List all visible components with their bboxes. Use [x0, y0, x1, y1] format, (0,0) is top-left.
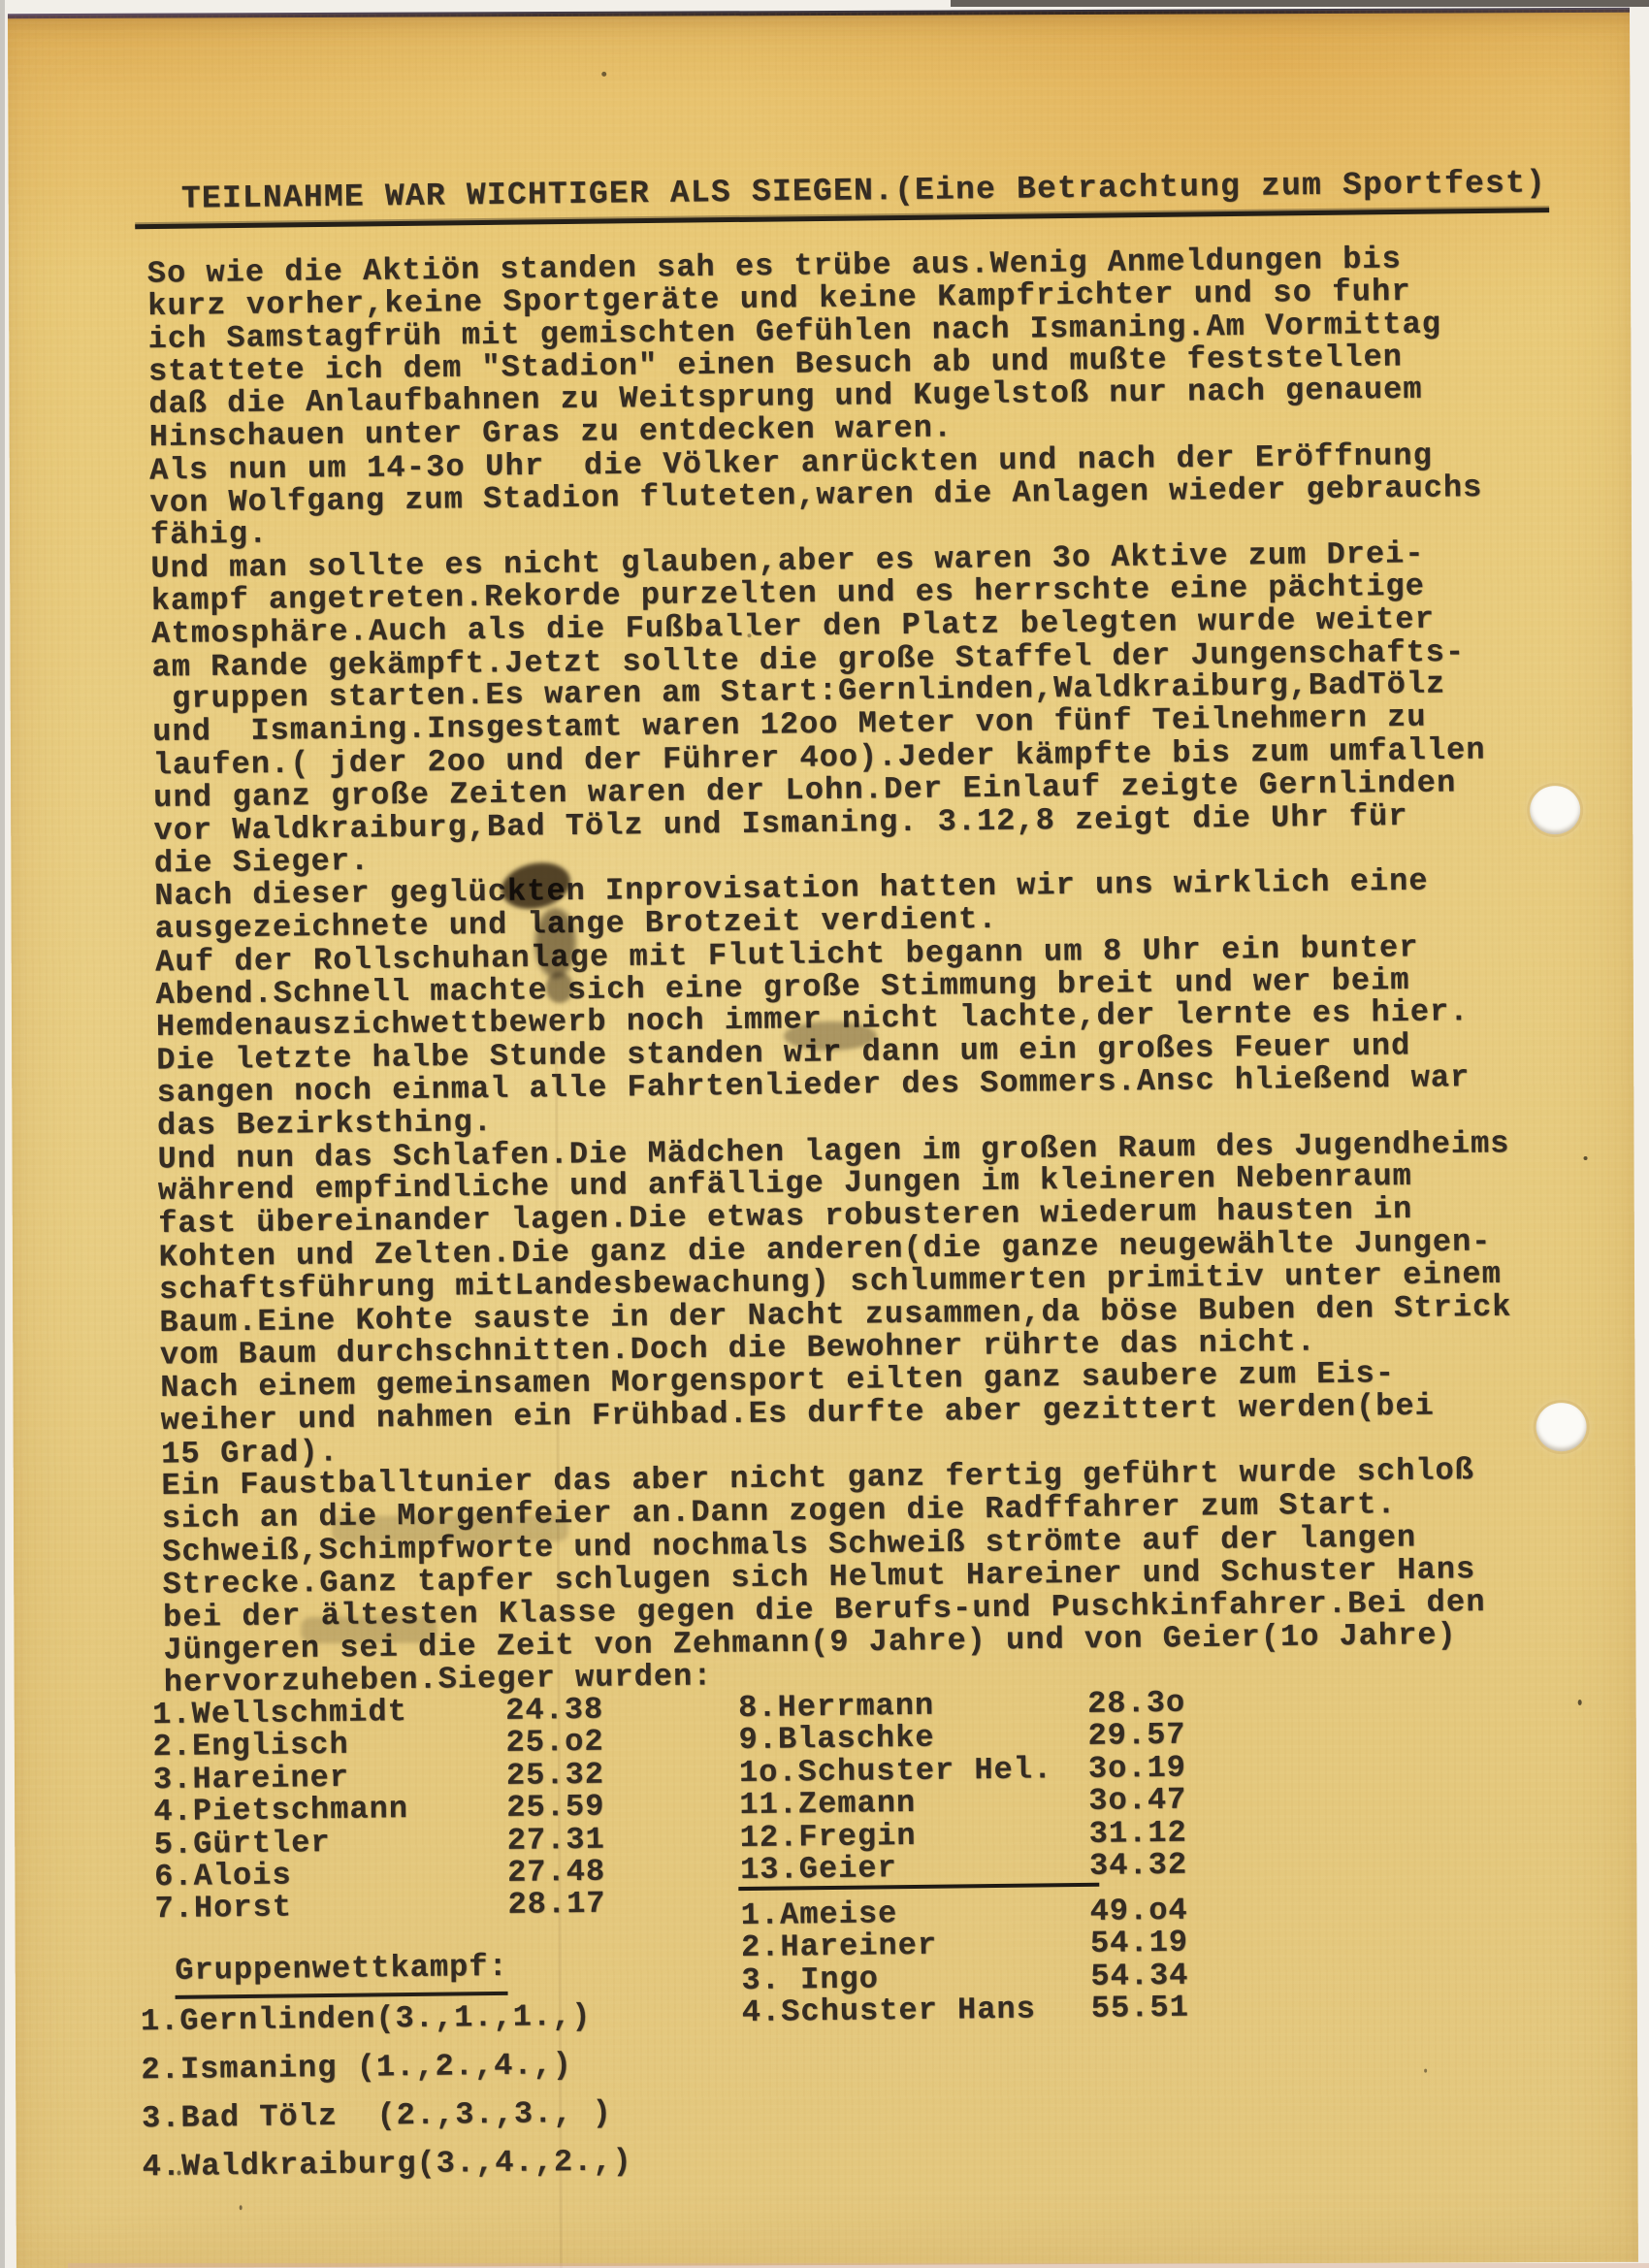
cell-time: 25.59	[506, 1791, 604, 1825]
typewritten-content: TEILNAHME WAR WICHTIGER ALS SIEGEN.(Eine…	[1, 3, 1649, 2268]
dust-speck	[747, 633, 751, 637]
result-row: 4.Schuster Hans55.51	[742, 1992, 1189, 2029]
relay-results: 1.Ameise49.o42.Hareiner54.193. Ingo54.34…	[740, 1895, 1189, 2029]
cell-time: 28.17	[507, 1888, 605, 1922]
cell-name: 3. Ingo	[741, 1960, 1090, 1997]
cell-name: 7.Horst	[154, 1889, 507, 1926]
cell-time: 27.31	[507, 1823, 605, 1857]
ink-blot	[535, 908, 576, 978]
dust-speck	[178, 2171, 181, 2176]
cell-name: 1o.Schuster Hel.	[739, 1753, 1088, 1790]
cell-time: 28.3o	[1087, 1687, 1185, 1721]
overstrike-smudge	[332, 1515, 568, 1542]
cell-time: 27.48	[507, 1856, 605, 1890]
cell-name: 12.Fregin	[740, 1817, 1089, 1854]
scan-bottom-edge	[68, 2263, 1649, 2268]
cell-time: 49.o4	[1089, 1895, 1187, 1928]
cell-time: 24.38	[505, 1694, 603, 1728]
cell-time: 31.12	[1088, 1816, 1186, 1850]
cell-name: 6.Alois	[154, 1857, 507, 1894]
cell-time: 34.32	[1089, 1849, 1187, 1883]
cell-name: 11.Zemann	[739, 1785, 1088, 1822]
cell-name: 2.Englisch	[152, 1727, 505, 1764]
dust-speck	[601, 72, 606, 77]
cell-name: 3.Hareiner	[153, 1760, 506, 1797]
result-row: 13.Geier34.32	[740, 1849, 1187, 1887]
cell-time: 54.34	[1090, 1959, 1188, 1993]
group-competition-heading: Gruppenwettkampf:	[175, 1949, 508, 1999]
cell-time: 54.19	[1090, 1927, 1188, 1960]
cell-name: 5.Gürtler	[154, 1824, 507, 1861]
cell-name: 13.Geier	[740, 1850, 1089, 1887]
dust-speck	[1578, 1700, 1582, 1705]
cell-name: 1.Wellschmidt	[152, 1695, 505, 1732]
scanned-page: TEILNAHME WAR WICHTIGER ALS SIEGEN.(Eine…	[8, 10, 1638, 2268]
result-row: 7.Horst28.17	[154, 1888, 605, 1926]
cell-name: 4.Schuster Hans	[742, 1993, 1091, 2029]
cell-name: 4.Pietschmann	[153, 1792, 506, 1829]
results-column-left: 1.Wellschmidt24.382.Englisch25.o23.Harei…	[152, 1694, 606, 1926]
dust-speck	[1584, 1156, 1588, 1160]
cell-time: 3o.47	[1088, 1784, 1186, 1818]
dust-speck	[1424, 2069, 1427, 2073]
overstrike-smudge	[301, 1617, 436, 1644]
body-text: So wie die Aktiön standen sah es trübe a…	[147, 242, 1516, 1700]
cell-time: 29.57	[1087, 1719, 1185, 1753]
cell-name: 2.Hareiner	[741, 1928, 1090, 1964]
cell-name: 8.Herrmann	[738, 1688, 1087, 1725]
cell-time: 25.o2	[505, 1726, 603, 1760]
group-row: 1.Gernlinden(3.,1.,1.,)	[141, 1992, 631, 2046]
ink-blot	[546, 972, 573, 1003]
dust-speck	[240, 2205, 242, 2210]
results-column-right: 8.Herrmann28.3o9.Blaschke29.571o.Schuste…	[738, 1687, 1187, 1887]
cell-time: 3o.19	[1088, 1751, 1186, 1785]
cell-name: 1.Ameise	[740, 1895, 1089, 1932]
group-row: 2.Ismaning (1.,2.,4.,)	[141, 2040, 631, 2094]
cell-time: 25.32	[506, 1758, 604, 1792]
page-title: TEILNAHME WAR WICHTIGER ALS SIEGEN.(Eine…	[181, 165, 1547, 216]
cell-time: 55.51	[1091, 1992, 1189, 2025]
